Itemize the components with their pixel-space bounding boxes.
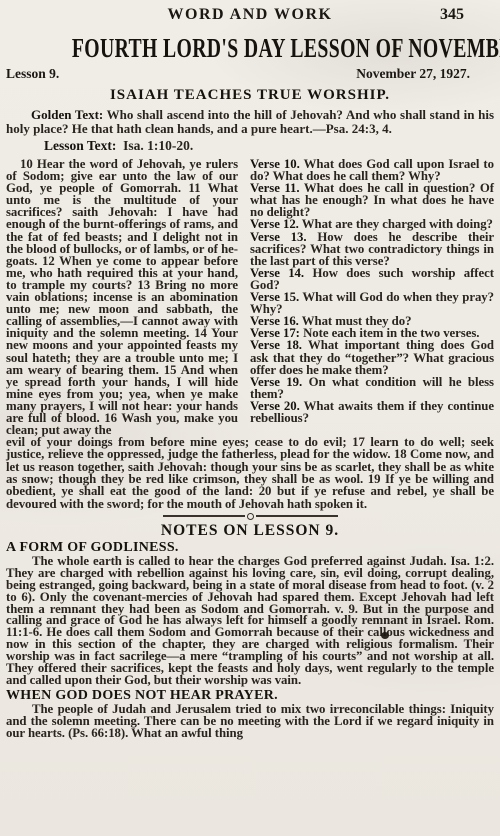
lesson-date: November 27, 1927. [356,66,470,82]
divider-line [256,515,338,517]
question-verse-14: Verse 14. How does such worship affect G… [250,267,494,291]
question-verse-15: Verse 15. What will God do when they pra… [250,291,494,315]
note-section-heading-prayer: WHEN GOD DOES NOT HEAR PRAYER. [6,689,494,703]
column-gutter [238,158,250,436]
lesson-text-label: Lesson Text: [44,138,116,153]
question-verse-20: Verse 20. What awaits them if they conti… [250,400,494,424]
ink-blot [381,632,389,639]
golden-text: Golden Text: Who shall ascend into the h… [6,108,494,135]
question-verse-18: Verse 18. What important thing does God … [250,339,494,375]
lesson-number: Lesson 9. [6,66,59,82]
lesson-subject: ISAIAH TEACHES TRUE WORSHIP. [6,87,494,103]
question-verse-19: Verse 19. On what condition will he bles… [250,376,494,400]
notes-heading: NOTES ON LESSON 9. [6,522,494,539]
lesson-text-reference: Isa. 1:10-20. [123,138,193,153]
question-verse-11: Verse 11. What does he call in question?… [250,182,494,218]
magazine-page: WORD AND WORK 345 FOURTH LORD'S DAY LESS… [0,0,500,836]
note-section-heading-godliness: A FORM OF GODLINESS. [6,541,494,555]
lesson-title: FOURTH LORD'S DAY LESSON OF NOVEMBER [72,34,428,63]
running-header: WORD AND WORK 345 [6,6,494,24]
section-divider [6,513,494,520]
divider-circle-icon [247,513,254,520]
question-verse-13: Verse 13. How does he describe their sac… [250,231,494,267]
note-section-body-godliness: The whole earth is called to hear the ch… [6,556,494,687]
magazine-title: WORD AND WORK [6,6,494,24]
lesson-meta-row: Lesson 9. November 27, 1927. [6,66,494,82]
scripture-column: 10 Hear the word of Jehovah, ye rulers o… [6,158,238,436]
divider-line [163,515,245,517]
scripture-continuation: evil of your doings from before mine eye… [6,436,494,510]
lesson-text-line: Lesson Text: Isa. 1:10-20. [6,139,494,153]
page-number: 345 [440,6,464,24]
scripture-paragraph: 10 Hear the word of Jehovah, ye rulers o… [6,158,238,436]
question-verse-10: Verse 10. What does God call upon Israel… [250,158,494,182]
two-column-section: 10 Hear the word of Jehovah, ye rulers o… [6,158,494,436]
questions-column: Verse 10. What does God call upon Israel… [250,158,494,436]
note-section-body-prayer: The people of Judah and Jerusalem tried … [6,704,494,740]
